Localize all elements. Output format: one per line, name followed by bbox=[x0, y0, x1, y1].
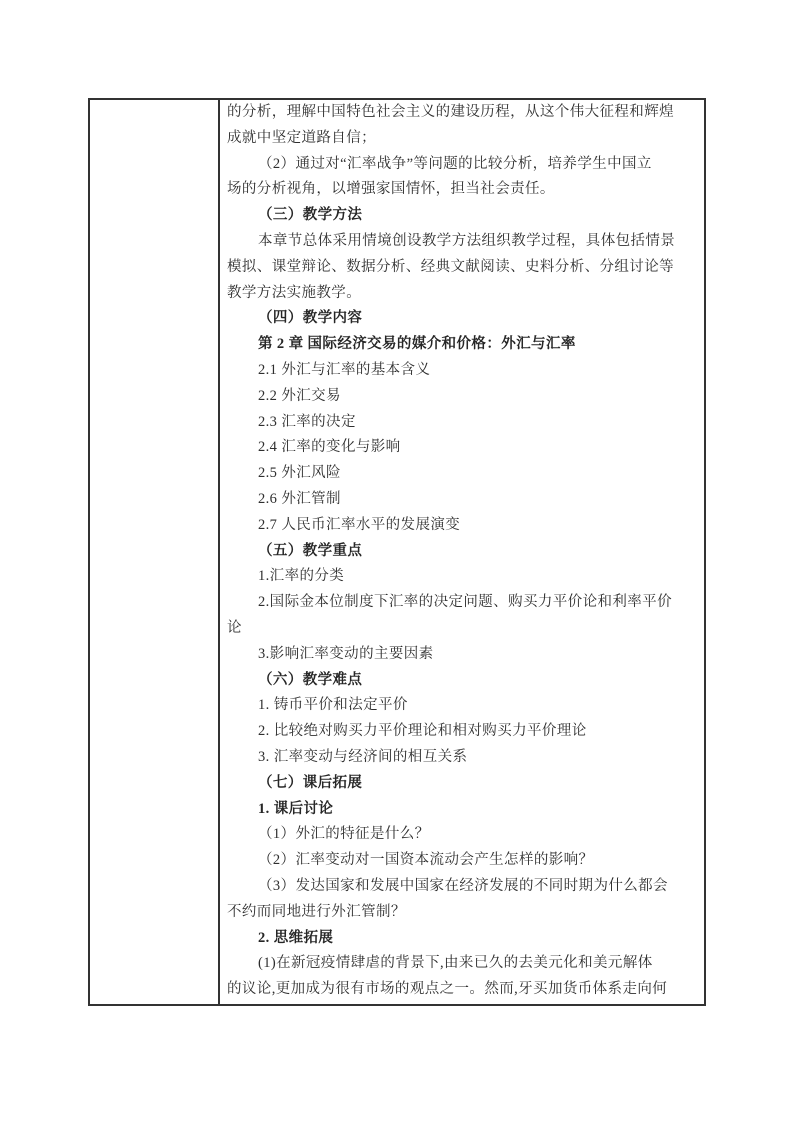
text-line-7: 模拟、课堂辩论、数据分析、经典文献阅读、史料分析、分组讨论等 bbox=[227, 255, 697, 281]
text-line-26: 3. 汇率变动与经济间的相互关系 bbox=[227, 745, 697, 771]
text-line-21: 论 bbox=[227, 616, 697, 642]
table-right-cell: 的分析，理解中国特色社会主义的建设历程，从这个伟大征程和辉煌成就中坚定道路自信；… bbox=[220, 100, 704, 1004]
text-line-9: （四）教学内容 bbox=[227, 306, 697, 332]
text-line-22: 3.影响汇率变动的主要因素 bbox=[227, 642, 697, 668]
text-line-17: 2.7 人民币汇率水平的发展演变 bbox=[227, 513, 697, 539]
text-line-28: 1. 课后讨论 bbox=[227, 797, 697, 823]
lesson-plan-table: 的分析，理解中国特色社会主义的建设历程，从这个伟大征程和辉煌成就中坚定道路自信；… bbox=[88, 98, 706, 1006]
text-line-34: (1)在新冠疫情肆虐的背景下,由来已久的去美元化和美元解体 bbox=[227, 951, 697, 977]
text-line-23: （六）教学难点 bbox=[227, 668, 697, 694]
text-line-10: 第 2 章 国际经济交易的媒介和价格：外汇与汇率 bbox=[227, 332, 697, 358]
text-line-27: （七）课后拓展 bbox=[227, 771, 697, 797]
text-line-18: （五）教学重点 bbox=[227, 539, 697, 565]
text-line-33: 2. 思维拓展 bbox=[227, 926, 697, 952]
document-page: 的分析，理解中国特色社会主义的建设历程，从这个伟大征程和辉煌成就中坚定道路自信；… bbox=[0, 0, 794, 1123]
text-line-14: 2.4 汇率的变化与影响 bbox=[227, 435, 697, 461]
text-line-13: 2.3 汇率的决定 bbox=[227, 410, 697, 436]
text-line-16: 2.6 外汇管制 bbox=[227, 487, 697, 513]
text-line-1: 的分析，理解中国特色社会主义的建设历程，从这个伟大征程和辉煌 bbox=[227, 100, 697, 126]
text-line-20: 2.国际金本位制度下汇率的决定问题、购买力平价论和利率平价 bbox=[227, 590, 697, 616]
text-line-19: 1.汇率的分类 bbox=[227, 564, 697, 590]
text-line-30: （2）汇率变动对一国资本流动会产生怎样的影响？ bbox=[227, 848, 697, 874]
text-line-31: （3）发达国家和发展中国家在经济发展的不同时期为什么都会 bbox=[227, 874, 697, 900]
text-line-35: 的议论,更加成为很有市场的观点之一。然而,牙买加货币体系走向何 bbox=[227, 977, 697, 1003]
text-line-12: 2.2 外汇交易 bbox=[227, 384, 697, 410]
text-line-8: 教学方法实施教学。 bbox=[227, 281, 697, 307]
text-line-15: 2.5 外汇风险 bbox=[227, 461, 697, 487]
text-line-2: 成就中坚定道路自信； bbox=[227, 126, 697, 152]
text-line-29: （1）外汇的特征是什么？ bbox=[227, 822, 697, 848]
text-line-6: 本章节总体采用情境创设教学方法组织教学过程，具体包括情景 bbox=[227, 229, 697, 255]
text-line-24: 1. 铸币平价和法定平价 bbox=[227, 693, 697, 719]
text-line-25: 2. 比较绝对购买力平价理论和相对购买力平价理论 bbox=[227, 719, 697, 745]
text-line-11: 2.1 外汇与汇率的基本含义 bbox=[227, 358, 697, 384]
text-line-4: 场的分析视角，以增强家国情怀，担当社会责任。 bbox=[227, 177, 697, 203]
table-left-cell bbox=[90, 100, 220, 1004]
text-line-5: （三）教学方法 bbox=[227, 203, 697, 229]
text-line-32: 不约而同地进行外汇管制？ bbox=[227, 900, 697, 926]
text-line-3: （2）通过对“汇率战争”等问题的比较分析，培养学生中国立 bbox=[227, 152, 697, 178]
